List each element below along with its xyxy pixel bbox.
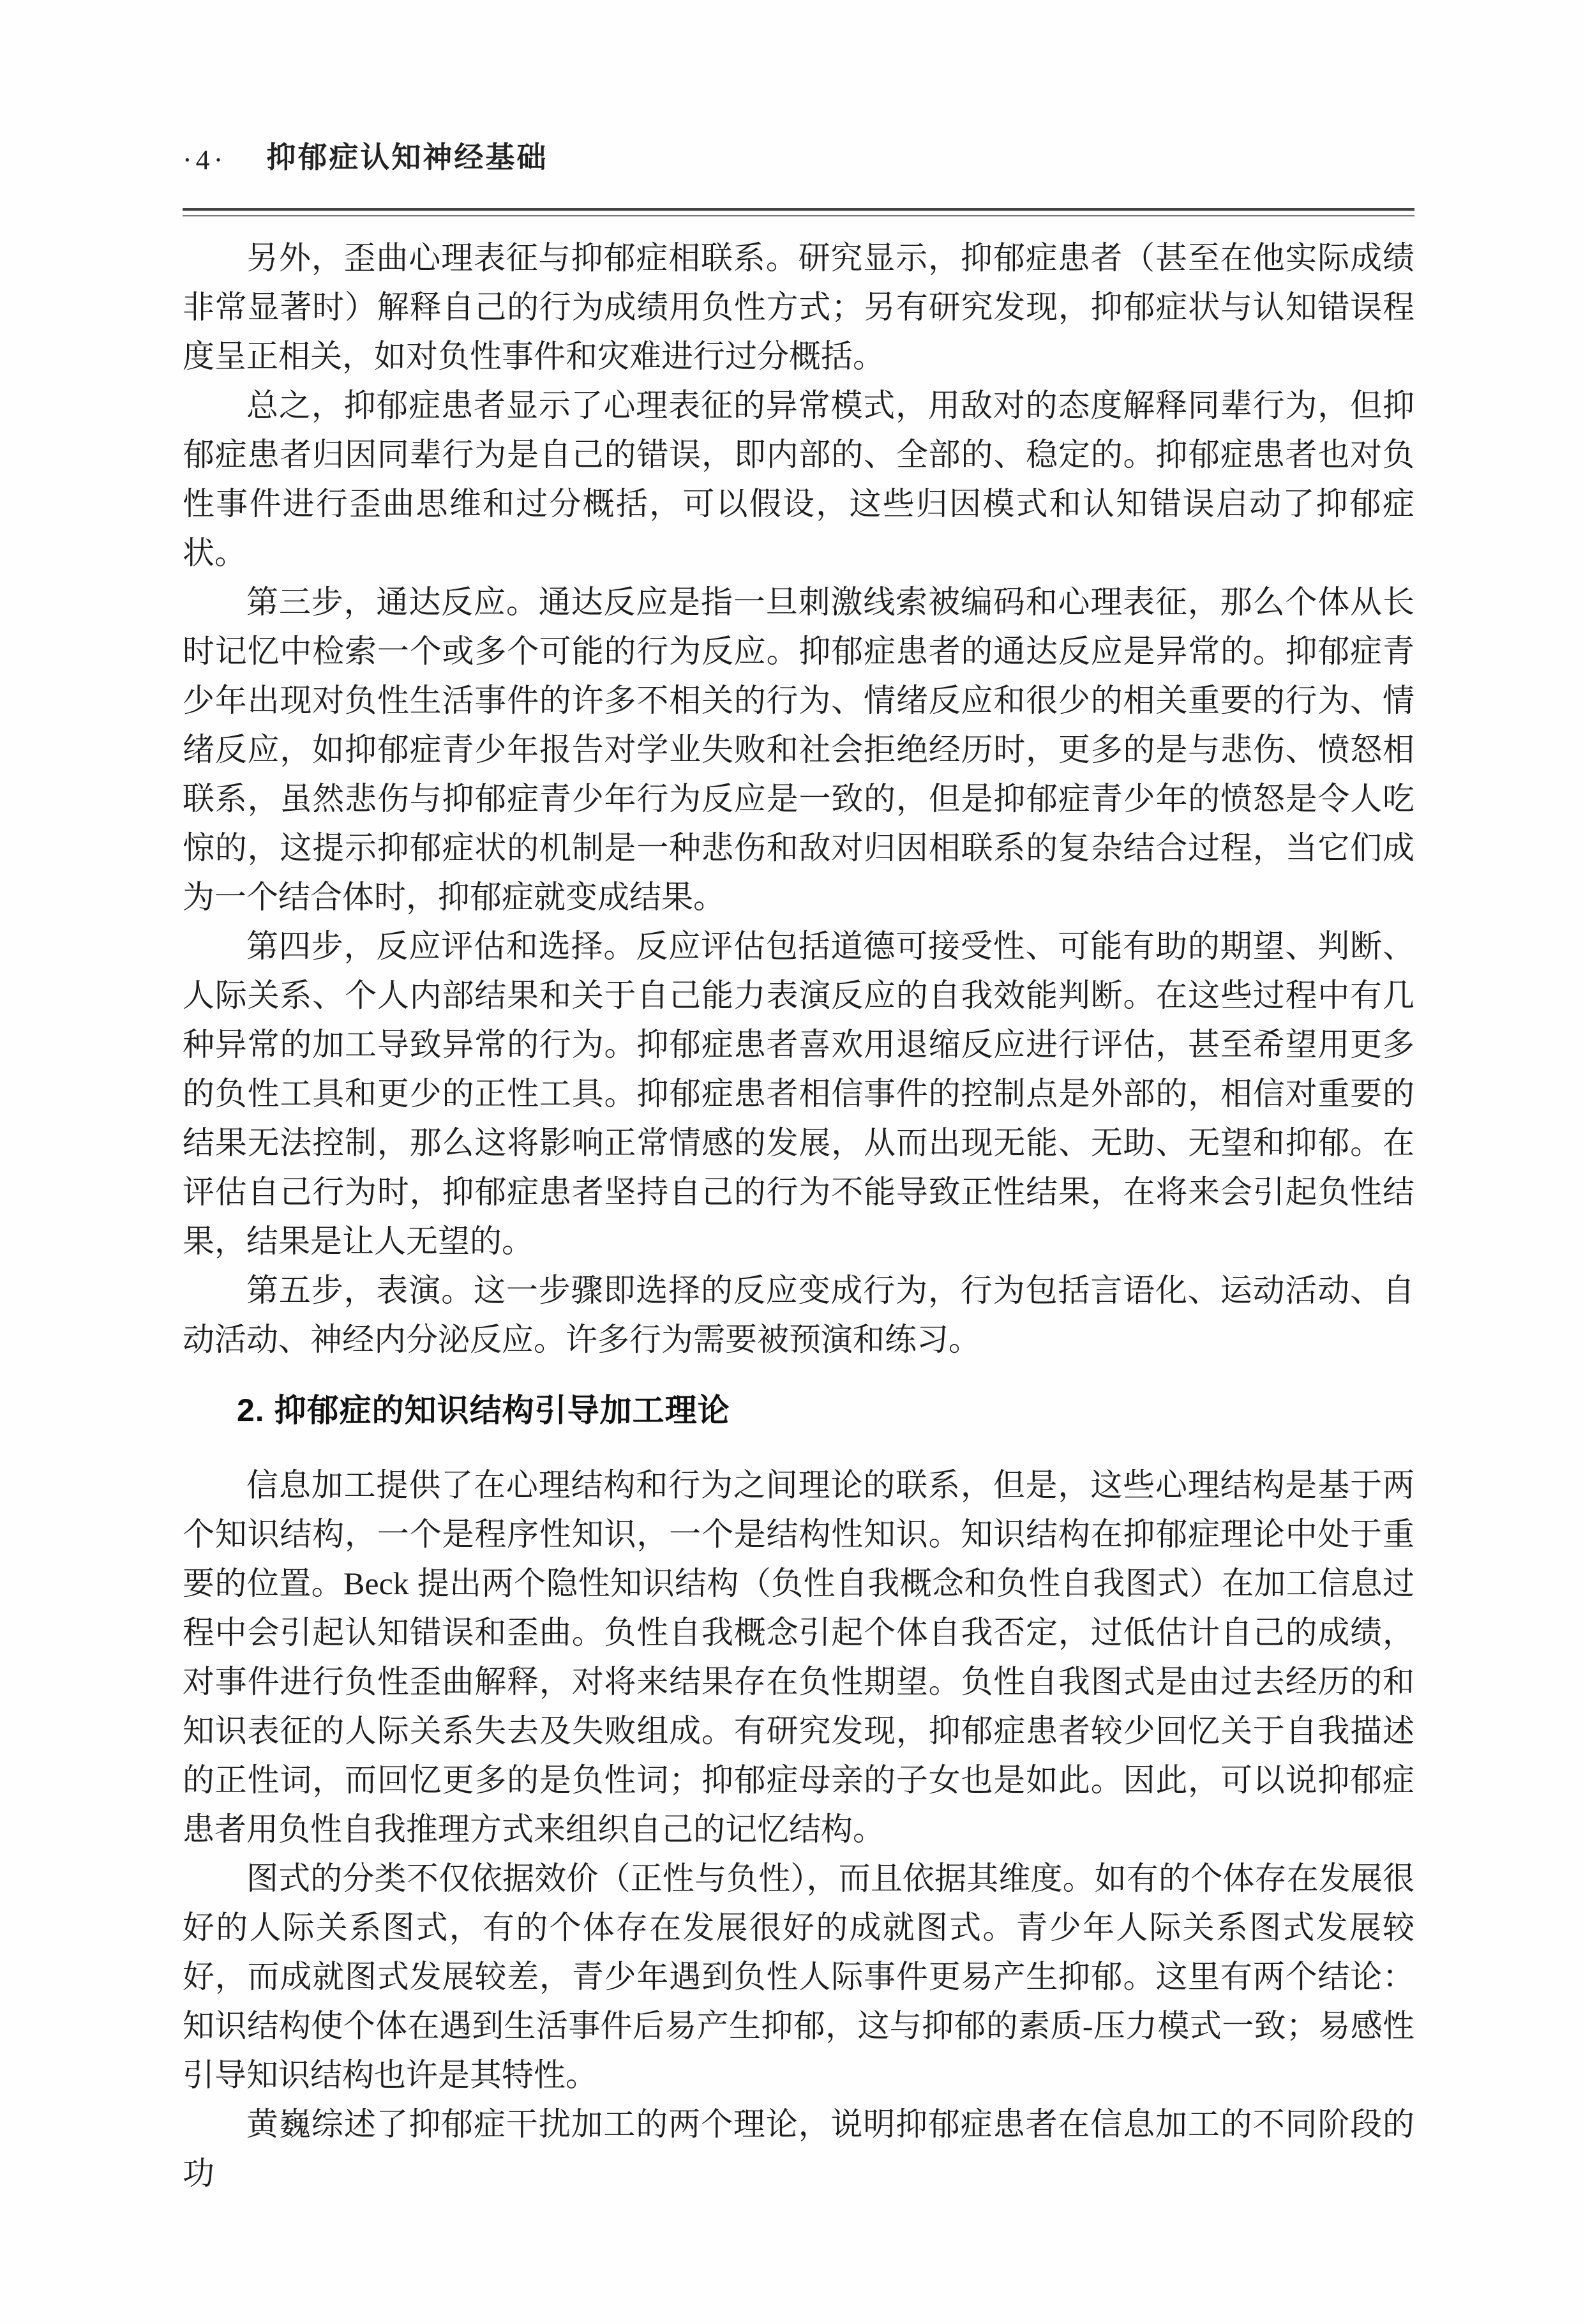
paragraph-step-four-response-evaluation: 第四步，反应评估和选择。反应评估包括道德可接受性、可能有助的期望、判断、人际关系… <box>183 922 1414 1266</box>
section-heading: 2. 抑郁症的知识结构引导加工理论 <box>183 1386 1414 1435</box>
running-head: ·4· 抑郁症认知神经基础 <box>183 134 1414 176</box>
page-body: 另外，歪曲心理表征与抑郁症相联系。研究显示，抑郁症患者（甚至在他实际成绩非常显著… <box>183 234 1414 2198</box>
paragraph-knowledge-structures: 信息加工提供了在心理结构和行为之间理论的联系，但是，这些心理结构是基于两个知识结… <box>183 1461 1414 1854</box>
paragraph-schema-classification: 图式的分类不仅依据效价（正性与负性），而且依据其维度。如有的个体存在发展很好的人… <box>183 1854 1414 2100</box>
paragraph-step-five-enactment: 第五步，表演。这一步骤即选择的反应变成行为，行为包括言语化、运动活动、自动活动、… <box>183 1266 1414 1364</box>
book-page: ·4· 抑郁症认知神经基础 另外，歪曲心理表征与抑郁症相联系。研究显示，抑郁症患… <box>0 0 1583 2324</box>
paragraph-step-three-response-access: 第三步，通达反应。通达反应是指一旦刺激线索被编码和心理表征，那么个体从长时记忆中… <box>183 578 1414 922</box>
page-number: ·4· <box>183 144 227 176</box>
paragraph-distorted-representation: 另外，歪曲心理表征与抑郁症相联系。研究显示，抑郁症患者（甚至在他实际成绩非常显著… <box>183 234 1414 381</box>
paragraph-summary-attribution: 总之，抑郁症患者显示了心理表征的异常模式，用敌对的态度解释同辈行为，但抑郁症患者… <box>183 381 1414 578</box>
paragraph-huangwei-review: 黄巍综述了抑郁症干扰加工的两个理论，说明抑郁症患者在信息加工的不同阶段的功 <box>183 2100 1414 2198</box>
running-head-title: 抑郁症认知神经基础 <box>266 134 548 176</box>
header-rule <box>183 208 1414 216</box>
